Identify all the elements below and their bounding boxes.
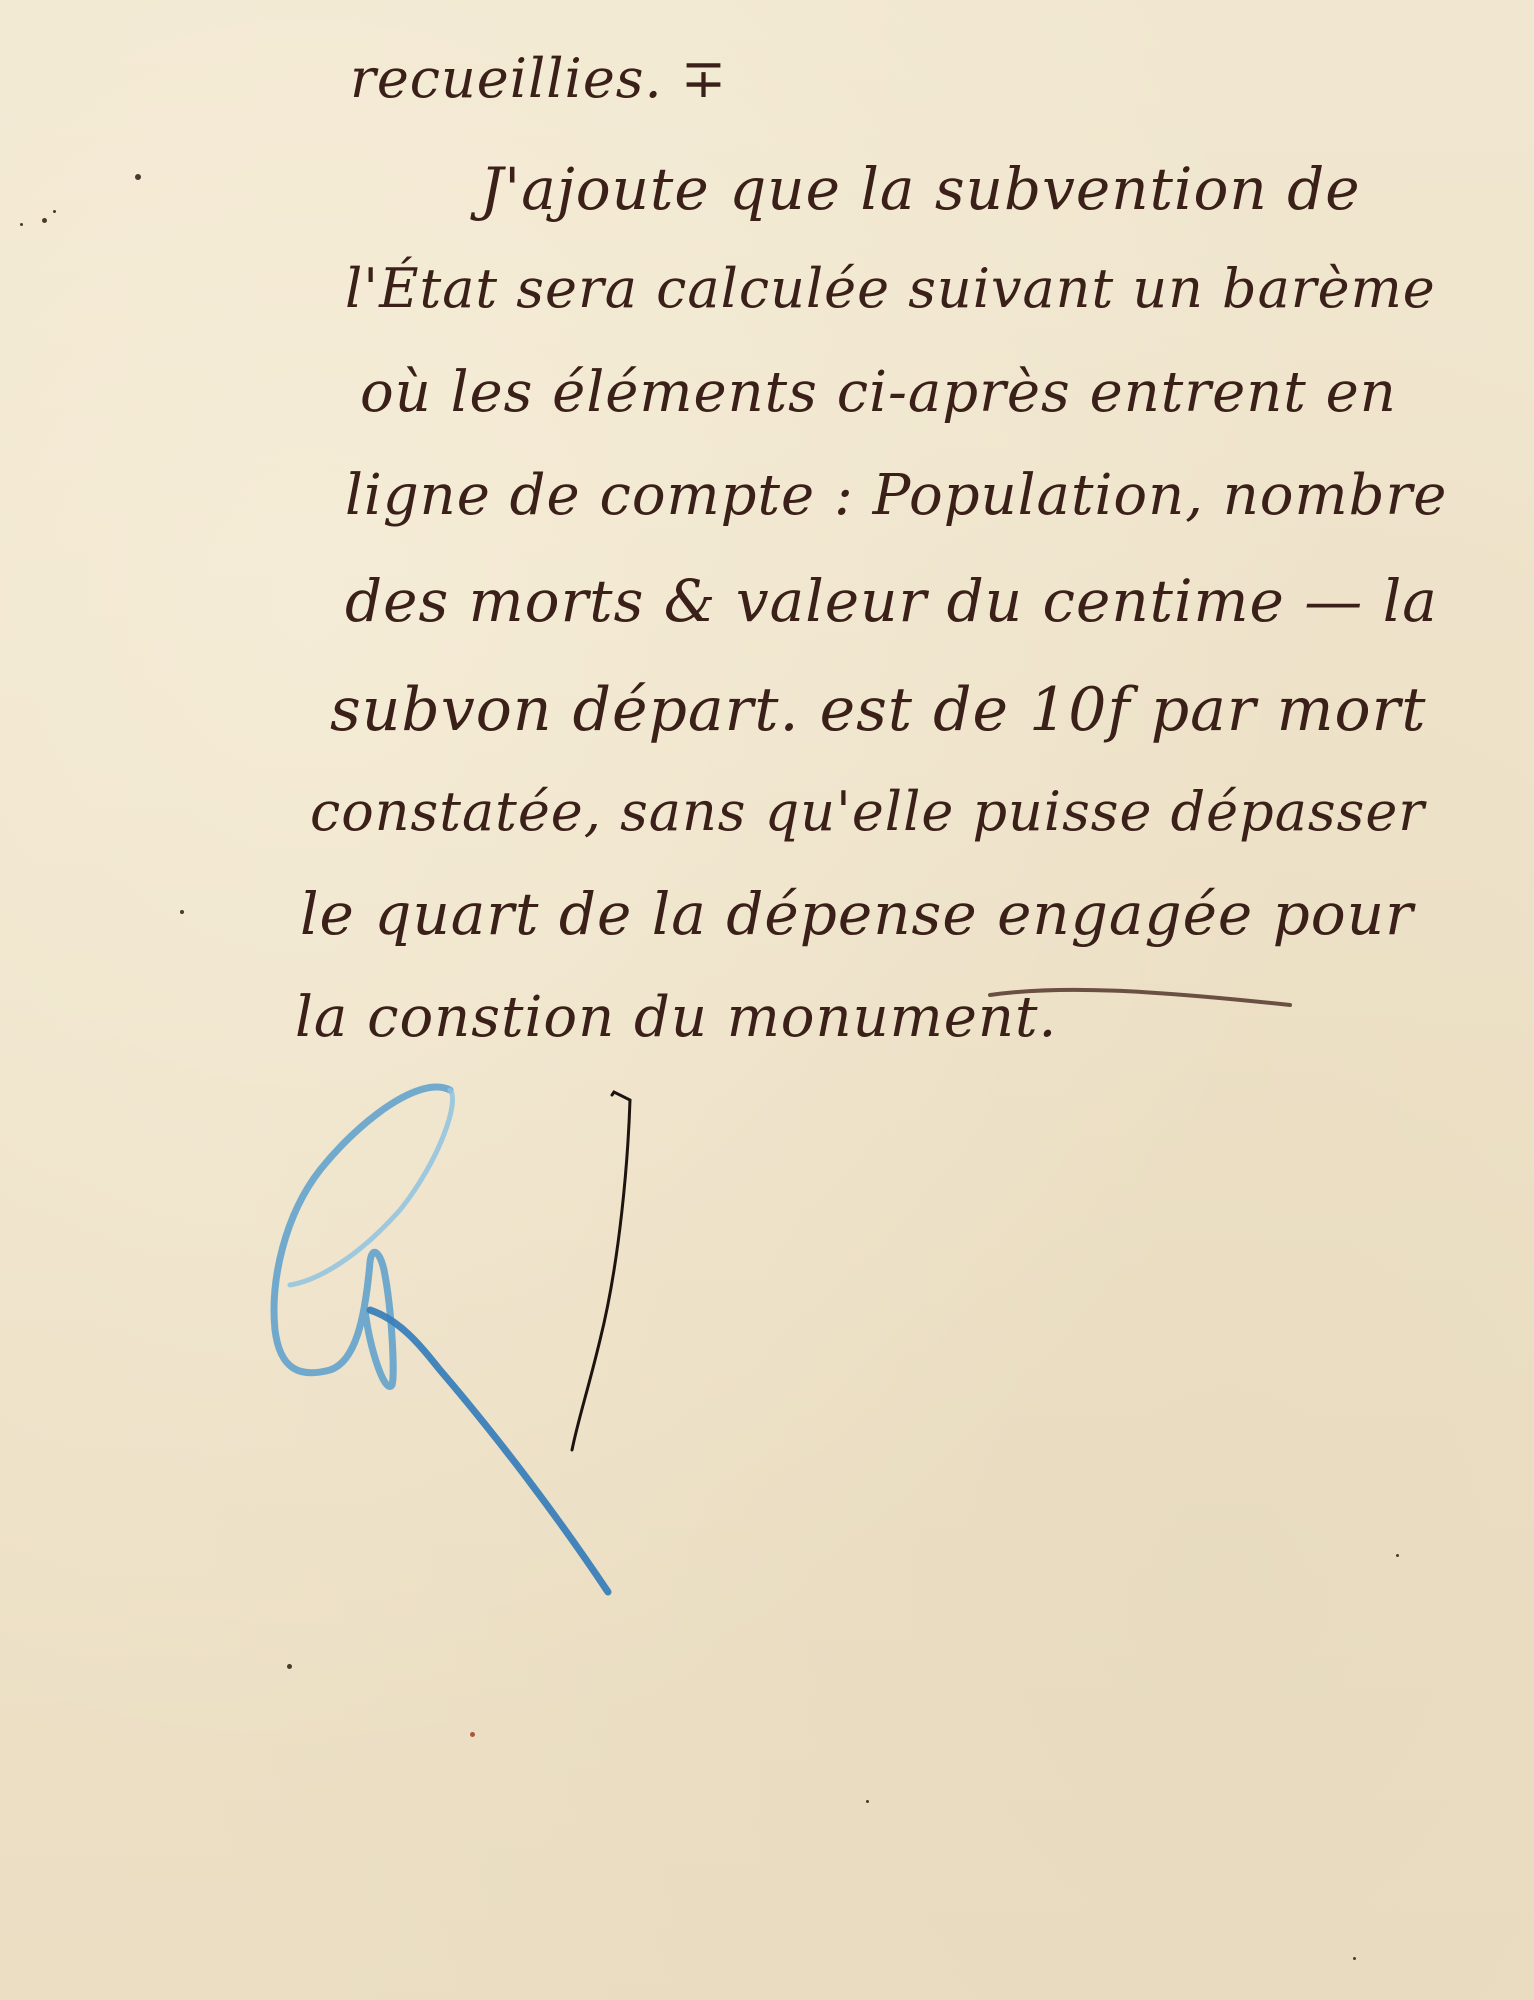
paper-speck [1396,1554,1399,1557]
text-line-5: ligne de compte : Population, nombre [345,468,1447,524]
paper-speck [1353,1957,1356,1960]
document-page: recueillies. ∓ J'ajoute que la subventio… [0,0,1534,2000]
paper-speck [20,223,23,226]
text-line-4: où les éléments ci-après entrent en [360,365,1397,421]
paper-speck [180,910,184,914]
text-line-7: subvon départ. est de 10f par mort [330,680,1426,740]
paper-speck [135,174,141,180]
text-line-9: le quart de la dépense engagée pour [300,885,1414,943]
text-line-8: constatée, sans qu'elle puisse dépasser [310,785,1425,839]
paper-speck [866,1800,869,1803]
text-line-2: J'ajoute que la subvention de [480,160,1361,218]
paper-speck [470,1732,475,1737]
paper-speck [42,218,47,223]
text-line-3: l'État sera calculée suivant un barème [345,262,1436,316]
paper-speck [53,210,56,213]
text-line-1: recueillies. ∓ [350,52,727,106]
ink-bracket-icon [572,1092,630,1450]
text-line-10: la constion du monument. [295,990,1057,1046]
paper-speck [287,1664,292,1669]
text-line-6: des morts & valeur du centime — la [345,572,1438,630]
blue-pencil-scribble-icon [274,1087,608,1592]
